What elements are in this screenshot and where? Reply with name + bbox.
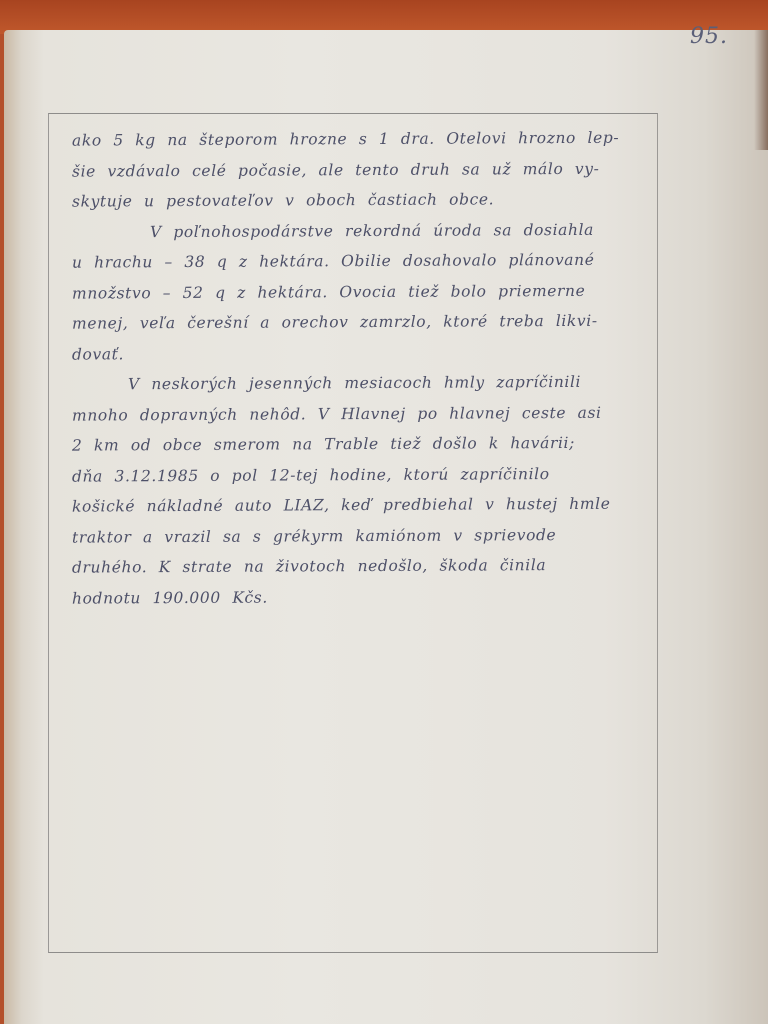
- text-line: dovať.: [72, 336, 672, 370]
- text-line: druhého. K strate na životoch nedošlo, š…: [72, 549, 672, 583]
- text-line: šie vzdávalo celé počasie, ale tento dru…: [72, 153, 672, 187]
- paragraph-3: V neskorých jesenných mesiacoch hmly zap…: [72, 368, 672, 612]
- page-edge-shadow: [754, 30, 768, 150]
- text-line: mnoho dopravných nehôd. V Hlavnej po hla…: [72, 397, 672, 431]
- text-line: V neskorých jesenných mesiacoch hmly zap…: [72, 366, 672, 400]
- text-line: hodnotu 190.000 Kčs.: [72, 580, 672, 614]
- paragraph-2: V poľnohospodárstve rekordná úroda sa do…: [72, 216, 672, 369]
- text-line: menej, veľa čerešní a orechov zamrzlo, k…: [72, 305, 672, 339]
- text-line: košické nákladné auto LIAZ, keď predbieh…: [72, 488, 672, 522]
- text-line: traktor a vrazil sa s grékyrm kamiónom v…: [72, 519, 672, 553]
- handwritten-text: ako 5 kg na šteporom hrozne s 1 dra. Ote…: [72, 124, 672, 612]
- page-number: 95.: [690, 24, 728, 49]
- text-line: V poľnohospodárstve rekordná úroda sa do…: [72, 214, 672, 248]
- text-line: množstvo – 52 q z hektára. Ovocia tiež b…: [72, 275, 672, 309]
- text-line: dňa 3.12.1985 o pol 12-tej hodine, ktorú…: [72, 458, 672, 492]
- text-line: ako 5 kg na šteporom hrozne s 1 dra. Ote…: [72, 122, 672, 156]
- text-line: 2 km od obce smerom na Trable tiež došlo…: [72, 427, 672, 461]
- paragraph-1: ako 5 kg na šteporom hrozne s 1 dra. Ote…: [72, 124, 672, 216]
- text-line: skytuje u pestovateľov v oboch častiach …: [72, 183, 672, 217]
- text-line: u hrachu – 38 q z hektára. Obilie dosaho…: [72, 244, 672, 278]
- desk-background: [0, 0, 768, 34]
